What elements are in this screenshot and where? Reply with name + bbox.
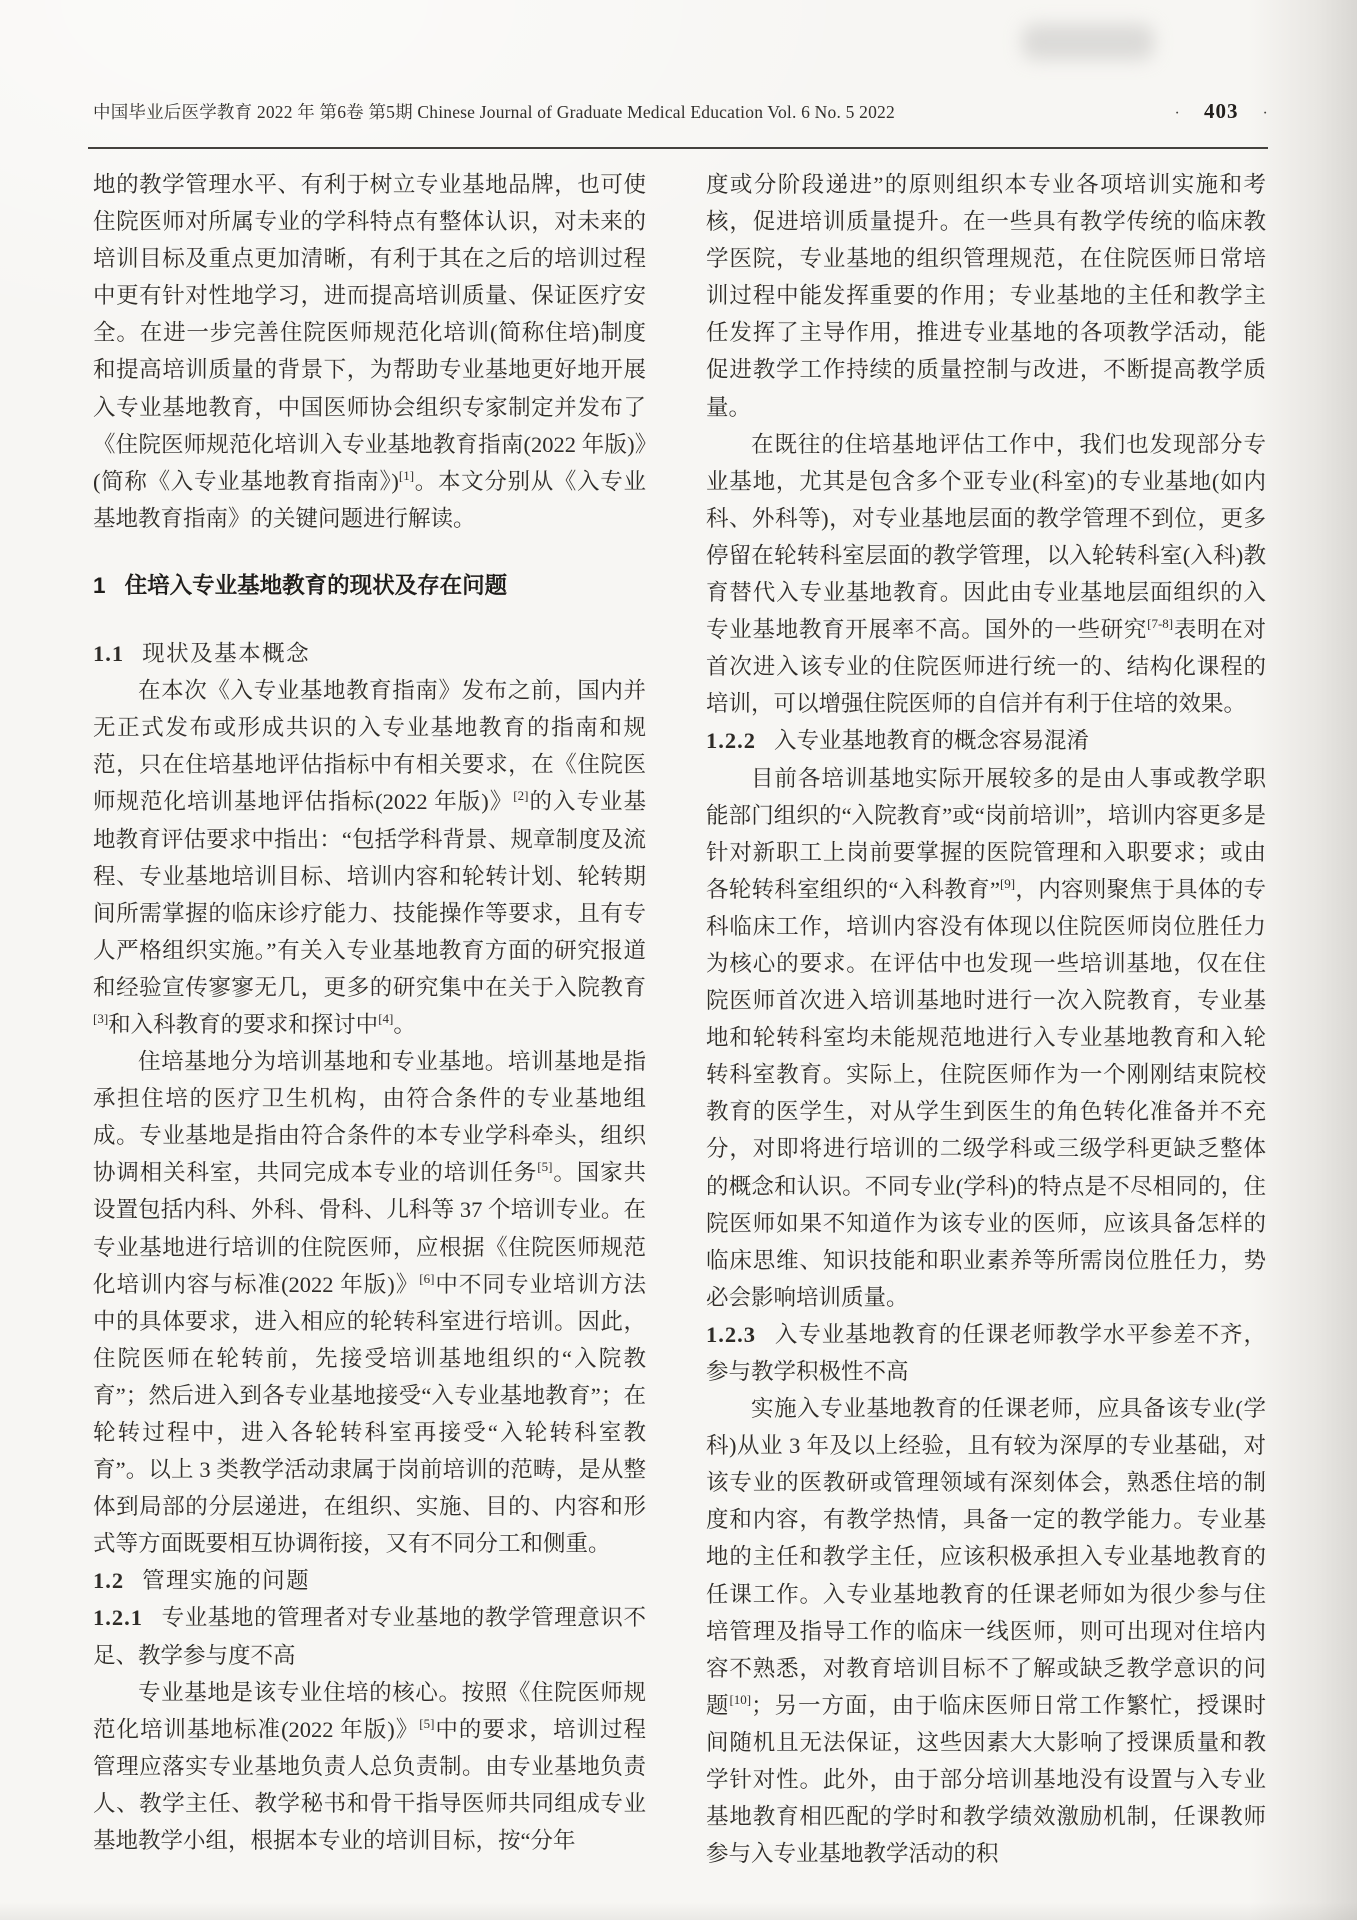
paragraph: 实施入专业基地教育的任课老师，应具备该专业(学科)从业 3 年及以上经验，且有较… — [706, 1390, 1266, 1872]
paragraph: 住培基地分为培训基地和专业基地。培训基地是指承担住培的医疗卫生机构，由符合条件的… — [93, 1043, 646, 1562]
text-run: 中不同专业培训方法中的具体要求，进入相应的轮转科室进行培训。因此，住院医师在轮转… — [93, 1272, 646, 1557]
citation-ref: [10] — [729, 1692, 751, 1707]
page-number-value: 403 — [1204, 99, 1239, 124]
text-run: 的入专业基地教育评估要求中指出：“包括学科背景、规章制度及流程、专业基地培训目标… — [93, 789, 646, 999]
paragraph: 专业基地是该专业住培的核心。按照《住院医师规范化培训基地标准(2022 年版)》… — [93, 1674, 646, 1859]
text-run: 在既往的住培基地评估工作中，我们也发现部分专业基地，尤其是包含多个亚专业(科室)… — [706, 432, 1266, 642]
page-header: 中国毕业后医学教育 2022 年 第6卷 第5期 Chinese Journal… — [93, 99, 1268, 124]
subsection-heading: 1.2.3入专业基地教育的任课老师教学水平参差不齐，参与教学积极性不高 — [706, 1316, 1266, 1390]
scan-shadow-top-right — [1022, 24, 1154, 60]
text-run: ；另一方面，由于临床医师日常工作繁忙，授课时间随机且无法保证，这些因素大大影响了… — [706, 1693, 1266, 1866]
page-number-dot-right: · — [1262, 105, 1268, 123]
citation-ref: [1] — [399, 468, 414, 483]
paragraph: 在既往的住培基地评估工作中，我们也发现部分专业基地，尤其是包含多个亚专业(科室)… — [706, 426, 1266, 723]
section-heading: 1住培入专业基地教育的现状及存在问题 — [93, 567, 646, 604]
scan-shadow-bottom — [0, 1902, 1357, 1920]
heading-title: 入专业基地教育的概念容易混淆 — [774, 728, 1089, 753]
page-number: · 403 · — [1174, 99, 1268, 124]
paragraph: 在本次《入专业基地教育指南》发布之前，国内并无正式发布或形成共识的入专业基地教育… — [93, 672, 646, 1043]
heading-number: 1.2 — [93, 1568, 124, 1593]
text-run: 。 — [393, 1012, 416, 1037]
heading-title: 入专业基地教育的任课老师教学水平参差不齐，参与教学积极性不高 — [706, 1322, 1266, 1384]
heading-title: 专业基地的管理者对专业基地的教学管理意识不足、教学参与度不高 — [93, 1605, 646, 1667]
citation-ref: [6] — [419, 1271, 434, 1286]
subsection-heading: 1.2管理实施的问题 — [93, 1562, 646, 1599]
citation-ref: [9] — [1000, 876, 1015, 891]
subsection-heading: 1.2.1专业基地的管理者对专业基地的教学管理意识不足、教学参与度不高 — [93, 1599, 646, 1673]
text-run: 度或分阶段递进”的原则组织本专业各项培训实施和考核，促进培训质量提升。在一些具有… — [706, 172, 1266, 420]
heading-title: 住培入专业基地教育的现状及存在问题 — [125, 573, 508, 598]
heading-title: 现状及基本概念 — [142, 641, 310, 666]
citation-ref: [5] — [537, 1159, 552, 1174]
column-right: 度或分阶段递进”的原则组织本专业各项培训实施和考核，促进培训质量提升。在一些具有… — [706, 166, 1266, 1872]
heading-number: 1.2.2 — [706, 728, 756, 753]
column-left: 地的教学管理水平、有利于树立专业基地品牌，也可使住院医师对所属专业的学科特点有整… — [93, 166, 646, 1859]
paragraph: 度或分阶段递进”的原则组织本专业各项培训实施和考核，促进培训质量提升。在一些具有… — [706, 166, 1266, 426]
citation-ref: [5] — [419, 1716, 434, 1731]
citation-ref: [2] — [513, 788, 528, 803]
paragraph: 地的教学管理水平、有利于树立专业基地品牌，也可使住院医师对所属专业的学科特点有整… — [93, 166, 646, 537]
text-run: ，内容则聚焦于具体的专科临床工作，培训内容没有体现以住院医师岗位胜任力为核心的要… — [706, 877, 1266, 1310]
heading-number: 1 — [93, 573, 106, 598]
citation-ref: [4] — [378, 1011, 393, 1026]
heading-number: 1.1 — [93, 641, 124, 666]
citation-ref: [3] — [93, 1011, 108, 1026]
text-run: 地的教学管理水平、有利于树立专业基地品牌，也可使住院医师对所属专业的学科特点有整… — [93, 172, 646, 494]
journal-info-line: 中国毕业后医学教育 2022 年 第6卷 第5期 Chinese Journal… — [93, 99, 895, 124]
citation-ref: [7-8] — [1147, 616, 1173, 631]
heading-number: 1.2.3 — [706, 1322, 756, 1347]
subsection-heading: 1.1现状及基本概念 — [93, 635, 646, 672]
paragraph: 目前各培训基地实际开展较多的是由人事或教学职能部门组织的“入院教育”或“岗前培训… — [706, 760, 1266, 1316]
page-number-dot-left: · — [1174, 105, 1180, 123]
heading-title: 管理实施的问题 — [142, 1568, 310, 1593]
subsection-heading: 1.2.2入专业基地教育的概念容易混淆 — [706, 722, 1266, 759]
header-rule — [88, 147, 1268, 149]
text-run: 实施入专业基地教育的任课老师，应具备该专业(学科)从业 3 年及以上经验，且有较… — [706, 1396, 1266, 1718]
heading-number: 1.2.1 — [93, 1605, 143, 1630]
text-run: 和入科教育的要求和探讨中 — [108, 1012, 378, 1037]
